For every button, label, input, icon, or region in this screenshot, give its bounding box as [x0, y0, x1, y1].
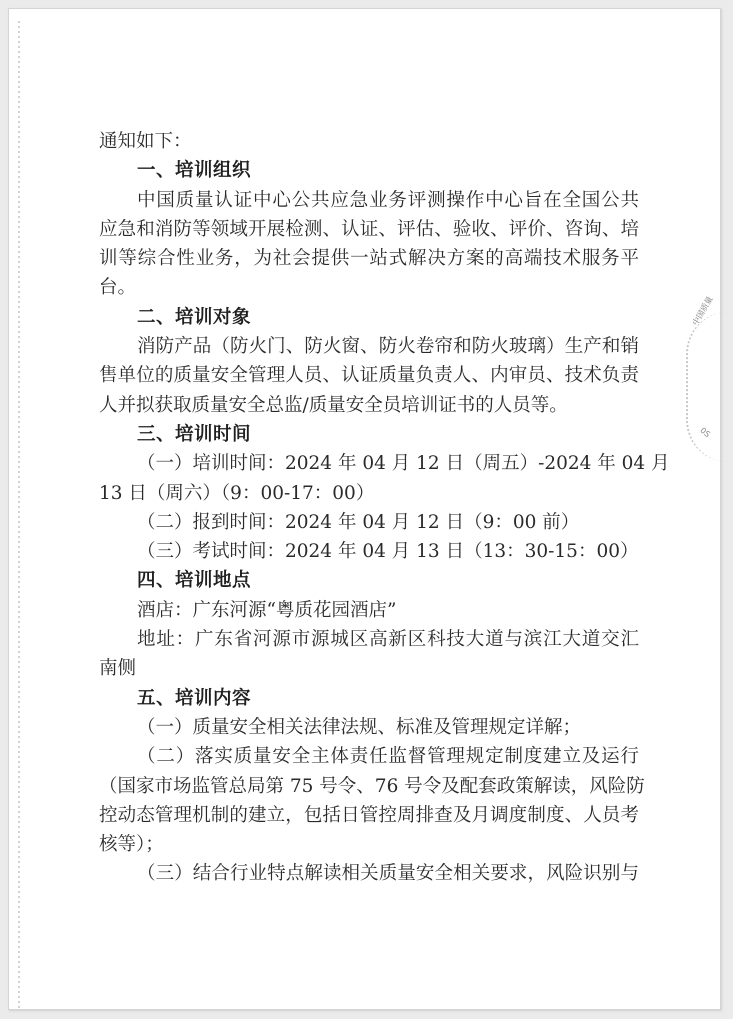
- paragraph-line: 售单位的质量安全管理人员、认证质量负责人、内审员、技术负责: [99, 361, 639, 390]
- content-item-2: （二）落实质量安全主体责任监督管理规定制度建立及运行: [99, 742, 639, 771]
- training-time-line: （一）培训时间：2024 年 04 月 12 日（周五）-2024 年 04 月: [99, 449, 639, 478]
- exam-time-line: （三）考试时间：2024 年 04 月 13 日（13：30-15：00）: [99, 537, 639, 566]
- section-heading-content: 五、培训内容: [99, 684, 639, 713]
- section-heading-audience: 二、培训对象: [99, 303, 639, 332]
- address-line-cont: 南侧: [99, 654, 639, 683]
- document-body: 通知如下： 一、培训组织 中国质量认证中心公共应急业务评测操作中心旨在全国公共 …: [99, 127, 639, 889]
- paragraph-line: 台。: [99, 273, 639, 302]
- section-heading-location: 四、培训地点: [99, 566, 639, 595]
- paragraph-line: 应急和消防等领域开展检测、认证、评估、验收、评价、咨询、培: [99, 215, 639, 244]
- content-item-3: （三）结合行业特点解读相关质量安全相关要求，风险识别与: [99, 859, 639, 888]
- content-item-2-cont: （国家市场监管总局第 75 号令、76 号令及配套政策解读，风险防: [99, 772, 639, 801]
- official-seal-stamp-partial: [686, 312, 728, 462]
- paragraph-line: 中国质量认证中心公共应急业务评测操作中心旨在全国公共: [99, 186, 639, 215]
- hotel-line: 酒店：广东河源“粤质花园酒店”: [99, 596, 639, 625]
- section-heading-organization: 一、培训组织: [99, 156, 639, 185]
- content-item-2-cont: 控动态管理机制的建立，包括日管控周排查及月调度制度、人员考: [99, 801, 639, 830]
- content-item-1: （一）质量安全相关法律法规、标准及管理规定详解；: [99, 713, 639, 742]
- paragraph-line: 消防产品（防火门、防火窗、防火卷帘和防火玻璃）生产和销: [99, 332, 639, 361]
- scan-edge-marks: [18, 21, 20, 1011]
- address-line: 地址：广东省河源市源城区高新区科技大道与滨江大道交汇: [99, 625, 639, 654]
- section-heading-time: 三、培训时间: [99, 420, 639, 449]
- content-item-2-cont: 核等）；: [99, 830, 639, 859]
- paragraph-line: 训等综合性业务，为社会提供一站式解决方案的高端技术服务平: [99, 244, 639, 273]
- registration-time-line: （二）报到时间：2024 年 04 月 12 日（9：00 前）: [99, 508, 639, 537]
- intro-line: 通知如下：: [99, 127, 639, 156]
- training-time-line-cont: 13 日（周六）（9：00-17：00）: [99, 479, 639, 508]
- paragraph-line: 人并拟获取质量安全总监/质量安全员培训证书的人员等。: [99, 391, 639, 420]
